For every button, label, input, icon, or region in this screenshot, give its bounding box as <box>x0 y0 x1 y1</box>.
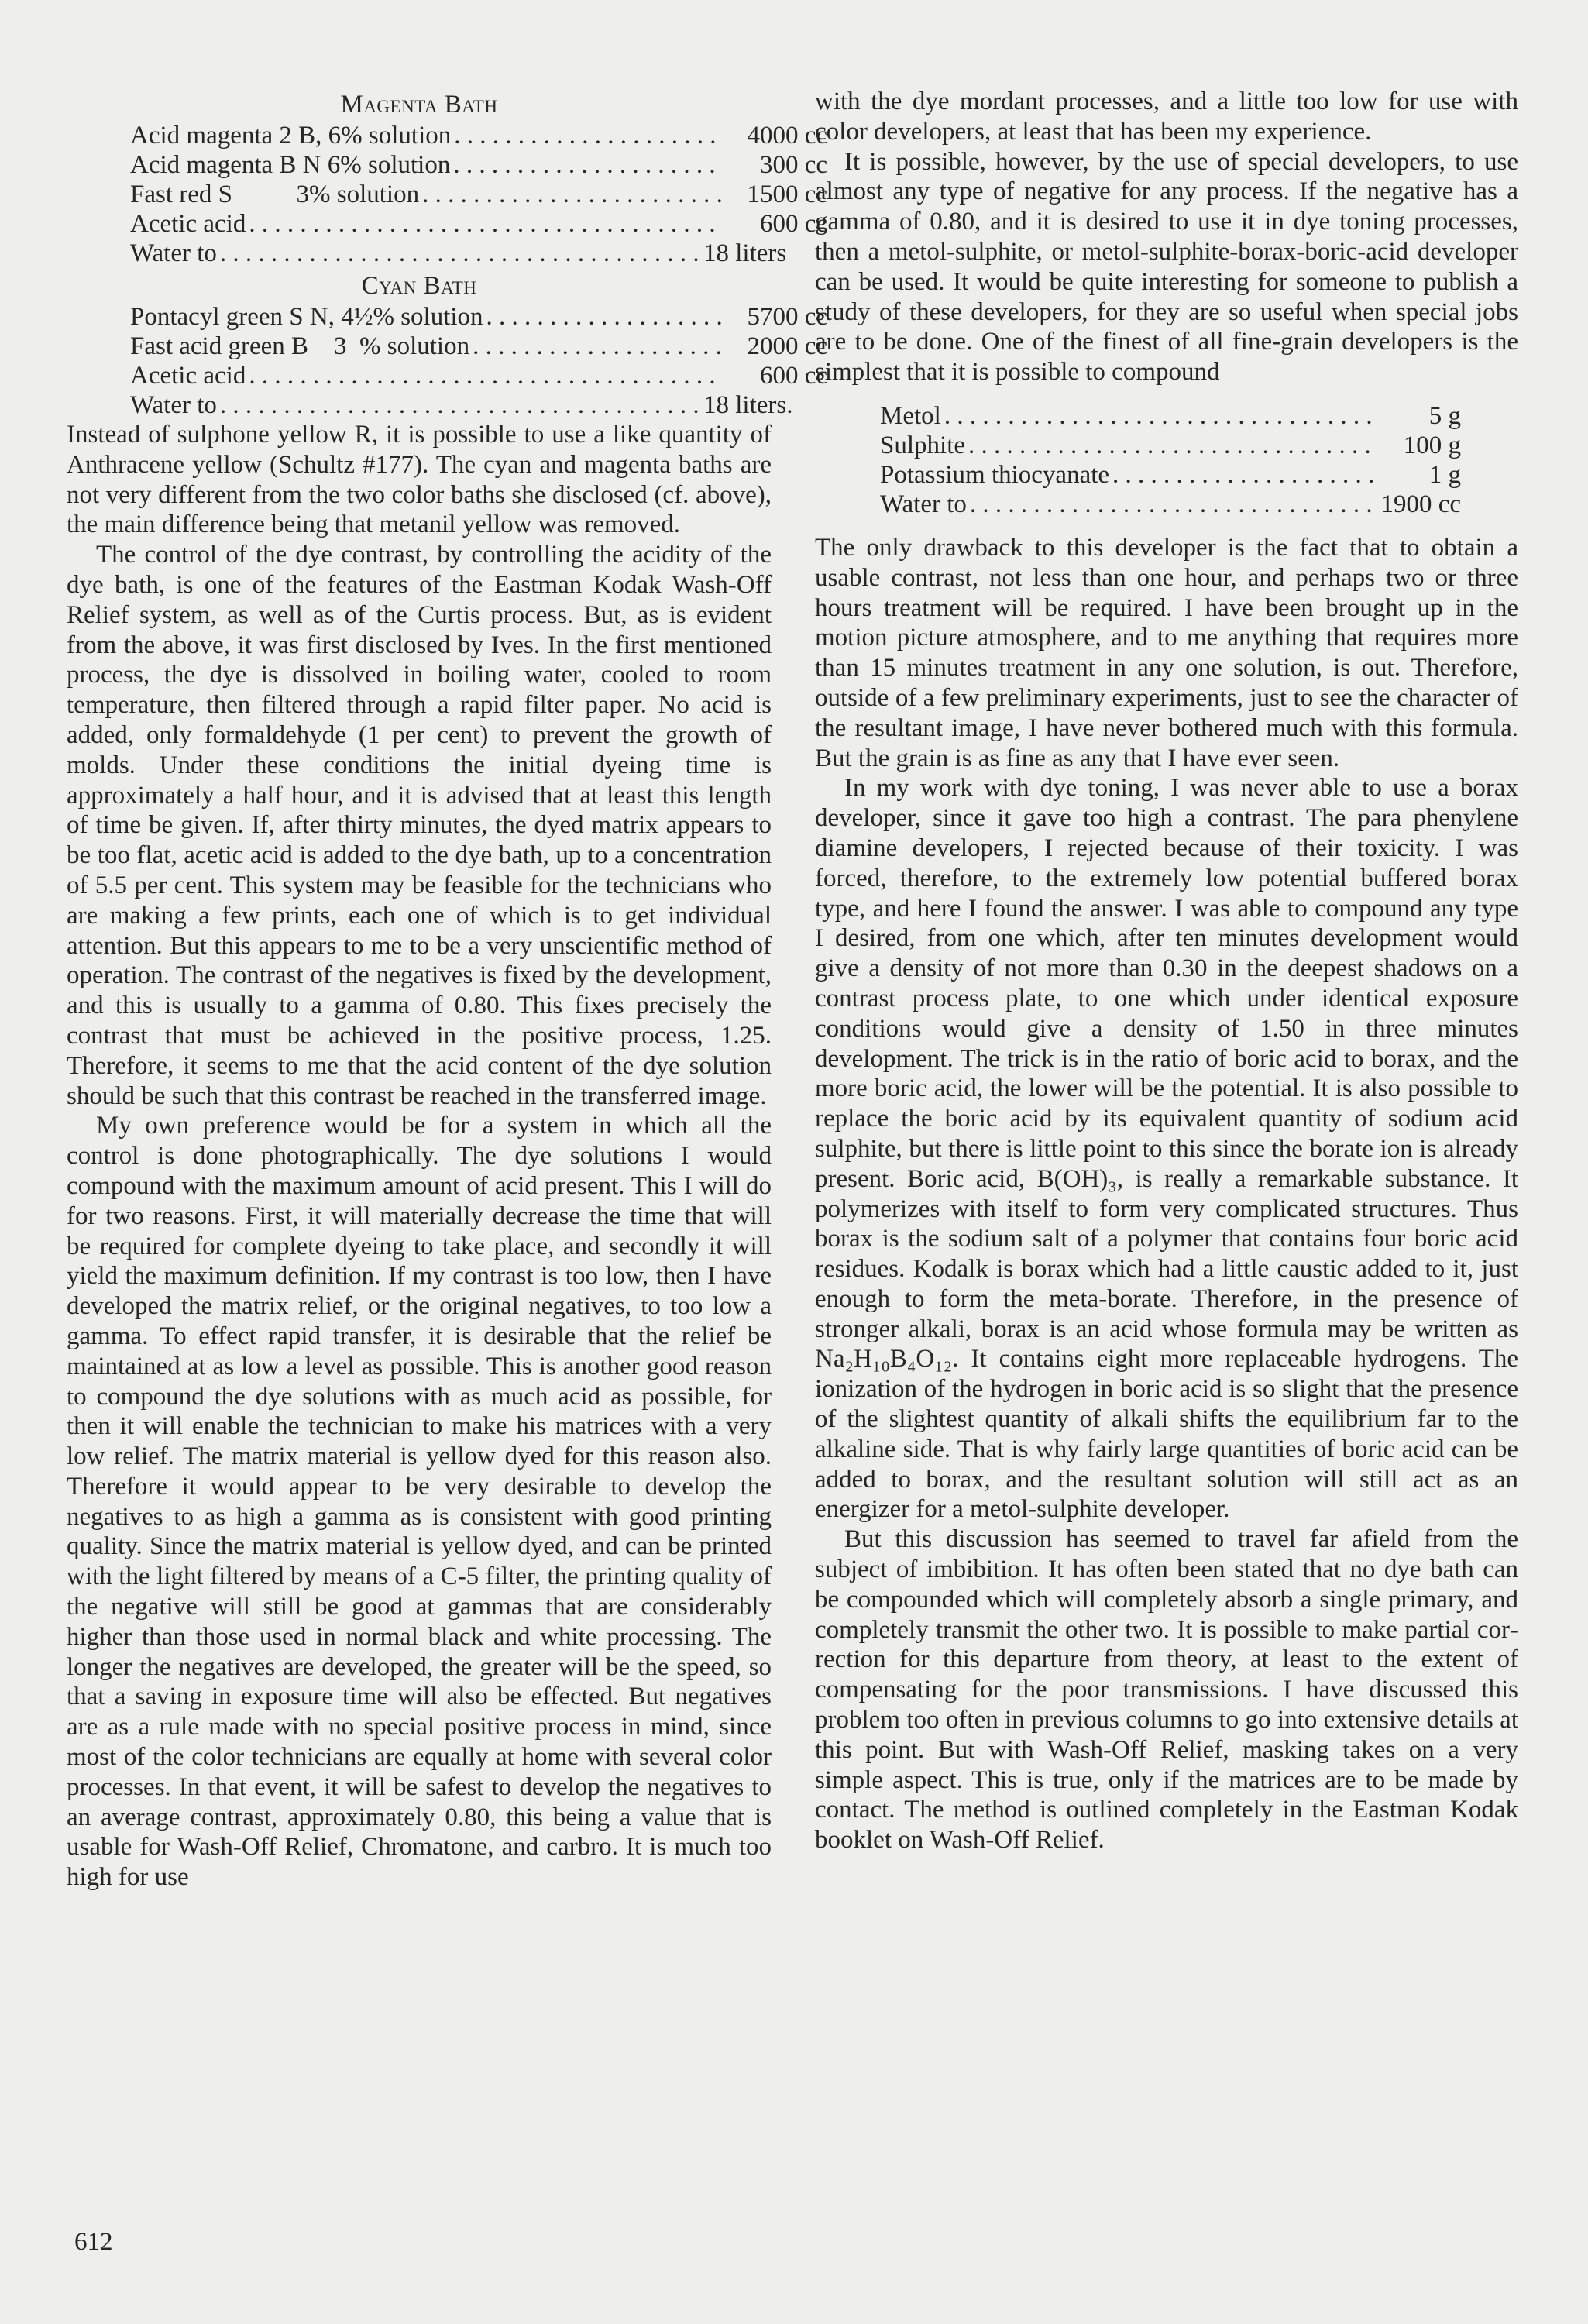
body-paragraph: It is possible, however, by the use of s… <box>815 147 1518 387</box>
leader-dots <box>453 150 724 180</box>
leader-dots <box>970 490 1373 519</box>
formula-row: Fast acid green B 3 % solution 2000 cc <box>130 332 827 361</box>
leader-dots <box>249 361 724 390</box>
cyan-bath-heading: Cyan Bath <box>67 271 772 301</box>
body-paragraph: The control of the dye contrast, by cont… <box>67 540 772 1111</box>
leader-dots <box>968 431 1373 460</box>
formula-row: Acid magenta 2 B, 6% solution 4000 cc <box>130 121 827 150</box>
formula-row: Acetic acid 600 cc <box>130 209 827 239</box>
formula-row: Metol 5 g <box>880 401 1461 431</box>
formula-row: Water to 18 liters <box>130 239 827 268</box>
leader-dots <box>486 302 724 332</box>
formula-row: Acid magenta B N 6% solution 300 cc <box>130 150 827 180</box>
body-paragraph: Instead of sulphone yellow R, it is poss… <box>67 420 772 540</box>
body-paragraph: with the dye mordant processes, and a li… <box>815 87 1518 147</box>
body-paragraph: My own preference would be for a system … <box>67 1111 772 1893</box>
body-paragraph: In my work with dye toning, I was never … <box>815 773 1518 1525</box>
body-paragraph: The only drawback to this developer is t… <box>815 533 1518 773</box>
cyan-bath-formula: Pontacyl green S N, 4½% solution 5700 cc… <box>130 302 827 420</box>
magenta-bath-heading: Magenta Bath <box>67 90 772 119</box>
leader-dots <box>1112 460 1373 490</box>
right-column: with the dye mordant processes, and a li… <box>815 87 1518 1855</box>
formula-row: Sulphite 100 g <box>880 431 1461 460</box>
magenta-bath-formula: Acid magenta 2 B, 6% solution 4000 cc Ac… <box>130 121 827 268</box>
formula-row: Pontacyl green S N, 4½% solution 5700 cc <box>130 302 827 332</box>
leader-dots <box>220 390 700 420</box>
body-paragraph: But this discussion has seemed to travel… <box>815 1525 1518 1855</box>
formula-row: Fast red S 3% solution 1500 cc <box>130 180 827 209</box>
leader-dots <box>422 180 724 209</box>
document-page: Magenta Bath Acid magenta 2 B, 6% soluti… <box>0 0 1588 2324</box>
leader-dots <box>944 401 1373 431</box>
developer-formula: Metol 5 g Sulphite 100 g Potassium thioc… <box>880 401 1461 519</box>
page-number: 612 <box>74 2228 113 2257</box>
leader-dots <box>473 332 724 361</box>
formula-row: Acetic acid 600 cc <box>130 361 827 390</box>
leader-dots <box>220 239 700 268</box>
left-column: Magenta Bath Acid magenta 2 B, 6% soluti… <box>67 87 772 1893</box>
formula-row: Water to 1900 cc <box>880 490 1461 519</box>
leader-dots <box>249 209 724 239</box>
formula-row: Potassium thiocyanate 1 g <box>880 460 1461 490</box>
formula-row: Water to 18 liters. <box>130 390 827 420</box>
leader-dots <box>454 121 724 150</box>
